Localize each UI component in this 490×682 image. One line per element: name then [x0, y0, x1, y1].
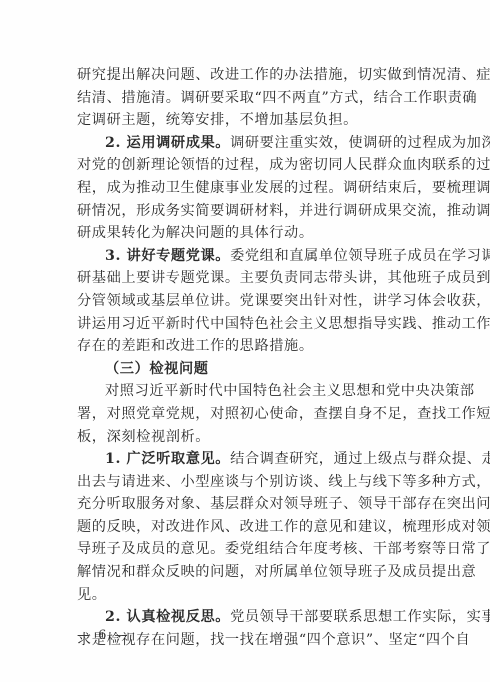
line-text: 研情况，形成务实简要调研材料，并进行调研成果交流，推动调: [77, 203, 490, 219]
line-text: 讲运用习近平新时代中国特色社会主义思想指导实践、推动工作: [77, 316, 490, 332]
line-text: 见。: [77, 587, 107, 603]
text-line: 解情况和群众反映的问题，对所属单位领导班子及成员提出意: [77, 561, 418, 584]
text-line: 研情况，形成务实简要调研材料，并进行调研成果交流，推动调: [77, 200, 418, 223]
line-text: 研基础上要讲专题党课。主要负责同志带头讲，其他班子成员到: [77, 270, 490, 286]
section-title: （三）检视问题: [105, 361, 209, 377]
line-text: 充分听取服务对象、基层群众对领导班子、领导干部存在突出问: [77, 496, 490, 512]
text-line: 对照习近平新时代中国特色社会主义思想和党中央决策部: [77, 380, 418, 403]
text-line: 分管领域或基层单位讲。党课要突出针对性，讲学习体会收获，: [77, 290, 418, 313]
text-line: 出去与请进来、小型座谈与个别访谈、线上与线下等多种方式，: [77, 471, 418, 494]
line-text: 结合调查研究，通过上级点与群众提、走: [230, 451, 490, 467]
subsection-title: 2. 运用调研成果。: [105, 135, 230, 151]
section-heading: （三）检视问题: [77, 358, 418, 381]
text-line: 导班子及成员的意见。委党组结合年度考核、干部考察等日常了: [77, 538, 418, 561]
line-text: 调研要注重实效，使调研的过程成为加深: [230, 135, 490, 151]
text-line: 板，深刻检视剖析。: [77, 426, 418, 449]
line-text: 求是检视存在问题，找一找在增强“四个意识”、坚定“四个自: [77, 632, 470, 648]
subsection-title: 2. 认真检视反思。: [105, 609, 230, 625]
line-text: 研究提出解决问题、改进工作的办法措施，切实做到情况清、症: [77, 67, 490, 83]
text-line: 充分听取服务对象、基层群众对领导班子、领导干部存在突出问: [77, 493, 418, 516]
text-line: 研究提出解决问题、改进工作的办法措施，切实做到情况清、症: [77, 64, 418, 87]
text-line: 定调研主题，统筹安排，不增加基层负担。: [77, 109, 418, 132]
text-line: 结清、措施清。调研要采取“四不两直”方式，结合工作职责确: [77, 87, 418, 110]
line-text: 板，深刻检视剖析。: [77, 429, 210, 445]
text-line: 署，对照党章党规，对照初心使命，查摆自身不足，查找工作短: [77, 403, 418, 426]
subsection-title: 3. 讲好专题党课。: [105, 248, 230, 264]
line-text: 存在的差距和改进工作的思路措施。: [77, 338, 314, 354]
line-text: 题的反映，对改进作风、改进工作的意见和建议，梳理形成对领: [77, 519, 490, 535]
page-number: — 6 —: [77, 628, 130, 643]
line-text: 结清、措施清。调研要采取“四不两直”方式，结合工作职责确: [77, 90, 477, 106]
document-page: 研究提出解决问题、改进工作的办法措施，切实做到情况清、症 结清、措施清。调研要采…: [0, 0, 490, 682]
line-text: 党员领导干部要联系思想工作实际，实事: [230, 609, 490, 625]
line-text: 定调研主题，统筹安排，不增加基层负担。: [77, 112, 358, 128]
text-line: 存在的差距和改进工作的思路措施。: [77, 335, 418, 358]
text-line: 题的反映，对改进作风、改进工作的意见和建议，梳理形成对领: [77, 516, 418, 539]
line-text: 程，成为推动卫生健康事业发展的过程。调研结束后，要梳理调: [77, 180, 490, 196]
line-text: 出去与请进来、小型座谈与个别访谈、线上与线下等多种方式，: [77, 474, 490, 490]
line-text: 分管领域或基层单位讲。党课要突出针对性，讲学习体会收获，: [77, 293, 490, 309]
text-line: 见。: [77, 584, 418, 607]
text-line: 研基础上要讲专题党课。主要负责同志带头讲，其他班子成员到: [77, 267, 418, 290]
line-text: 解情况和群众反映的问题，对所属单位领导班子及成员提出意: [77, 564, 476, 580]
line-text: 对照习近平新时代中国特色社会主义思想和党中央决策部: [105, 383, 475, 399]
line-text: 委党组和直属单位领导班子成员在学习调: [230, 248, 490, 264]
line-text: 署，对照党章党规，对照初心使命，查摆自身不足，查找工作短: [77, 406, 490, 422]
line-text: 研成果转化为解决问题的具体行动。: [77, 225, 314, 241]
text-line: 对党的创新理论领悟的过程，成为密切同人民群众血肉联系的过: [77, 154, 418, 177]
line-text: 导班子及成员的意见。委党组结合年度考核、干部考察等日常了: [77, 541, 490, 557]
text-line: 程，成为推动卫生健康事业发展的过程。调研结束后，要梳理调: [77, 177, 418, 200]
subsection-heading-line: 2. 认真检视反思。党员领导干部要联系思想工作实际，实事: [77, 606, 418, 629]
text-line: 讲运用习近平新时代中国特色社会主义思想指导实践、推动工作: [77, 313, 418, 336]
text-line: 研成果转化为解决问题的具体行动。: [77, 222, 418, 245]
subsection-title: 1. 广泛听取意见。: [105, 451, 230, 467]
subsection-heading-line: 2. 运用调研成果。调研要注重实效，使调研的过程成为加深: [77, 132, 418, 155]
document-body: 研究提出解决问题、改进工作的办法措施，切实做到情况清、症 结清、措施清。调研要采…: [77, 64, 418, 651]
subsection-heading-line: 3. 讲好专题党课。委党组和直属单位领导班子成员在学习调: [77, 245, 418, 268]
line-text: 对党的创新理论领悟的过程，成为密切同人民群众血肉联系的过: [77, 157, 490, 173]
subsection-heading-line: 1. 广泛听取意见。结合调查研究，通过上级点与群众提、走: [77, 448, 418, 471]
